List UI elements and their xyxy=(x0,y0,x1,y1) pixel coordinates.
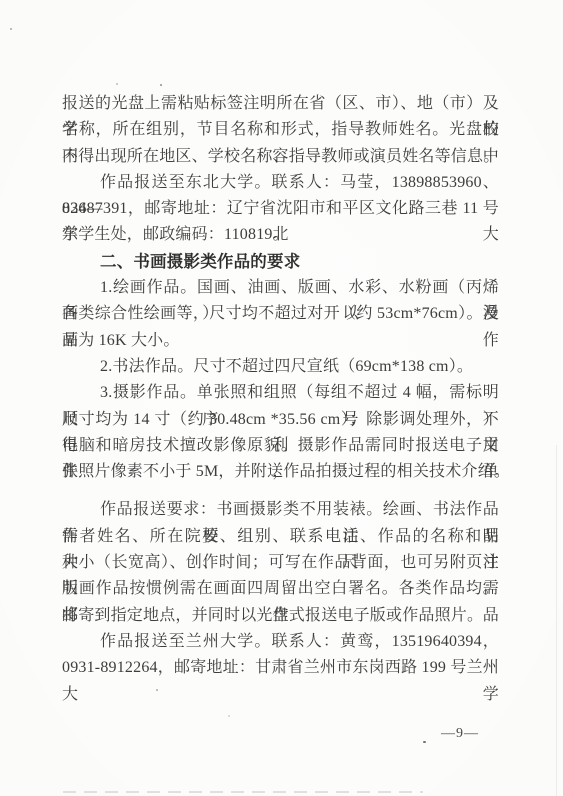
text-line: 版画作品按惯例需在画面四周留出空白署名。各类作品均需将作品 xyxy=(62,576,499,602)
scan-speck xyxy=(10,28,12,30)
scan-speck xyxy=(423,741,426,743)
text-line: 各类综合性绘画等，尺寸均不超过对开（约 53cm*76cm）。漫画作 xyxy=(62,301,499,327)
text-line: 报送的光盘上需粘贴标签注明所在省（区、市）、地（市）及学校 xyxy=(62,91,499,117)
scan-speck xyxy=(228,715,230,717)
section-heading: 二、书画摄影类作品的要求 xyxy=(62,249,499,275)
text-line: 名称，所在组别，节目名称和形式，指导教师姓名。光盘的内容中 xyxy=(62,117,499,143)
scan-edge-line xyxy=(556,445,557,796)
scan-speck xyxy=(160,84,162,86)
text-line: 作品报送要求：书画摄影类不用装裱。绘画、书法作品需要注明 xyxy=(62,497,499,523)
text-line: 张照片像素不小于 5M，并附送作品拍摄过程的相关技术介绍。 xyxy=(62,459,499,485)
text-line: 不得出现所在地区、学校名称、指导教师或演员姓名等信息。 xyxy=(62,144,499,170)
text-block: 报送的光盘上需粘贴标签注明所在省（区、市）、地（市）及学校名称，所在组别，节目名… xyxy=(62,91,499,682)
text-line: 1.绘画作品。国画、油画、版画、水彩、水粉画（丙烯画）以及 xyxy=(62,275,499,301)
text-line: 作品报送至东北大学。联系人：马莹，13898853960、024— xyxy=(62,170,499,196)
text-line: 83687391，邮寄地址：辽宁省沈阳市和平区文化路三巷 11 号东北大 xyxy=(62,196,499,222)
text-line: 尺寸均为 14 寸（约 30.48cm *35.56 cm）；除影调处理外，不得… xyxy=(62,407,499,433)
next-line-cutoff-artifact xyxy=(63,791,423,793)
text-line: 2.书法作品。尺寸不超过四尺宣纸（69cm*138 cm）。 xyxy=(62,354,499,380)
text-line: 作者姓名、所在院校、组别、联系电话、作品的名称和品种、尺寸 xyxy=(62,524,499,550)
text-line: 电脑和暗房技术擅改影像原貌。摄影作品需同时报送电子文件，单 xyxy=(62,433,499,459)
text-line: 0931-8912264，邮寄地址：甘肃省兰州市东岗西路 199 号兰州大学 xyxy=(62,655,499,681)
scan-speck xyxy=(156,689,158,691)
text-line: 作品报送至兰州大学。联系人：黄鸾，13519640394， xyxy=(62,629,499,655)
scan-speck xyxy=(116,83,118,85)
scanned-document-page: 报送的光盘上需粘贴标签注明所在省（区、市）、地（市）及学校名称，所在组别，节目名… xyxy=(0,0,563,796)
page-number: —9— xyxy=(441,726,479,742)
text-line: 3.摄影作品。单张照和组照（每组不超过 4 幅，需标明顺序号） xyxy=(62,380,499,406)
text-line: 大小（长宽高）、创作时间；可写在作品背面，也可另附页注明。 xyxy=(62,550,499,576)
text-line: 邮寄到指定地点，并同时以光盘式报送电子版或作品照片。 xyxy=(62,603,499,629)
